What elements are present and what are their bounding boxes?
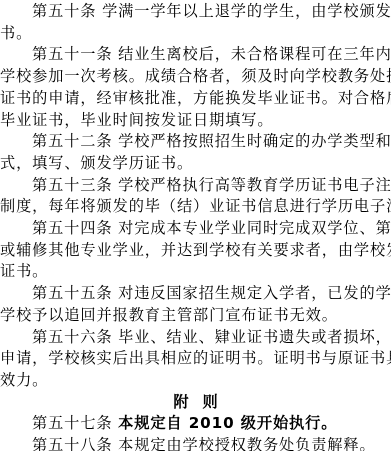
- article-52-line-2: 式，填写、颁发学历证书。: [0, 153, 391, 175]
- article-55-line-2: 学校予以追回并报教育主管部门宣布证书无效。: [0, 305, 391, 327]
- article-50-line-1: 第五十条 学满一学年以上退学的学生，由学校颁发肄业证: [0, 1, 391, 23]
- article-58-text: 本规定由学校授权教务处负责解释。: [118, 436, 375, 451]
- article-55-line-1: 第五十五条 对违反国家招生规定入学者，已发的学历证书，: [0, 283, 391, 305]
- article-57-number: 第五十七条: [32, 414, 112, 432]
- article-51-line-3: 证书的申请，经审核批准，方能换发毕业证书。对合格后颁发的: [0, 88, 391, 110]
- article-54-line-1: 第五十四条 对完成本专业学业同时完成双学位、第二专业: [0, 218, 391, 240]
- article-51-line-2: 学校参加一次考核。成绩合格者，须及时向学校教务处提出换发: [0, 66, 391, 88]
- section-heading-supplementary: 附则: [0, 392, 391, 414]
- article-52-line-1: 第五十二条 学校严格按照招生时确定的办学类型和学习形: [0, 131, 391, 153]
- article-56-line-3: 效力。: [0, 370, 391, 392]
- article-51-line-1: 第五十一条 结业生离校后，未合格课程可在三年内每年回: [0, 44, 391, 66]
- article-53-line-1: 第五十三条 学校严格执行高等教育学历证书电子注册管理: [0, 175, 391, 197]
- article-50-line-2: 书。: [0, 23, 391, 45]
- article-54-line-3: 证书。: [0, 261, 391, 283]
- article-53-line-2: 制度，每年将颁发的毕（结）业证书信息进行学历电子注册。: [0, 196, 391, 218]
- article-57: 第五十七条 本规定自 2010 级开始执行。: [0, 413, 391, 435]
- article-58-number: 第五十八条: [32, 436, 112, 451]
- article-58: 第五十八条 本规定由学校授权教务处负责解释。: [0, 435, 391, 451]
- document-page: 第五十条 学满一学年以上退学的学生，由学校颁发肄业证 书。 第五十一条 结业生离…: [0, 0, 391, 451]
- article-54-line-2: 或辅修其他专业学业，并达到学校有关要求者，由学校发给相应: [0, 240, 391, 262]
- article-56-line-1: 第五十六条 毕业、结业、肄业证书遗失或者损坏，经本人: [0, 327, 391, 349]
- article-56-line-2: 申请，学校核实后出具相应的证明书。证明书与原证书具有同等: [0, 348, 391, 370]
- article-51-line-4: 毕业证书，毕业时间按发证日期填写。: [0, 110, 391, 132]
- article-57-text: 本规定自 2010 级开始执行。: [118, 414, 337, 432]
